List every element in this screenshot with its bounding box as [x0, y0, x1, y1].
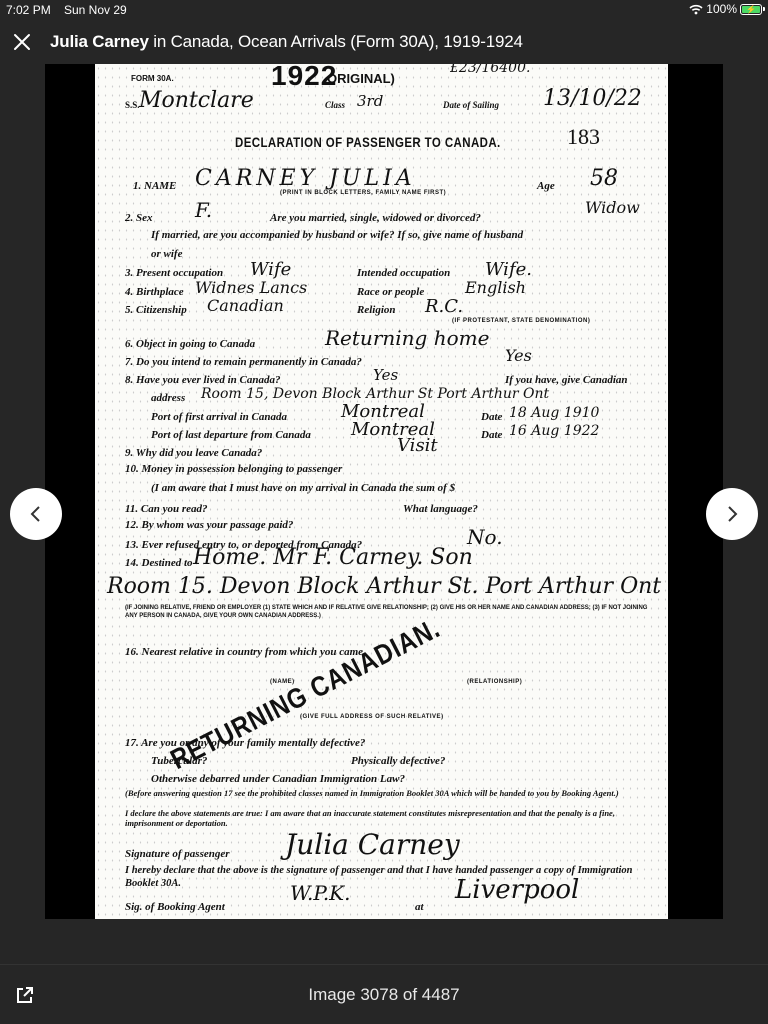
name-value: CARNEY JULIA [195, 166, 416, 191]
record-image-viewer[interactable]: FORM 30A. 1922 ORIGINAL) £23/16400. S.S.… [45, 64, 723, 919]
document-heading: DECLARATION OF PASSENGER TO CANADA. [235, 134, 501, 150]
destined-address: Room 15. Devon Block Arthur St. Port Art… [107, 574, 661, 599]
marital-value: Widow [585, 198, 640, 217]
ref-number: £23/16400. [450, 64, 530, 76]
next-image-button[interactable] [706, 488, 758, 540]
battery-percent: 100% [706, 2, 737, 16]
wifi-icon [689, 4, 703, 15]
returning-canadian-stamp: RETURNING CANADIAN. [165, 612, 445, 776]
intended-occupation-value: Wife. [485, 259, 532, 280]
remain-value: Yes [505, 346, 532, 365]
status-time: 7:02 PM [6, 3, 51, 17]
agent-signature: W.P.K. [290, 881, 350, 905]
title-collection: in Canada, Ocean Arrivals (Form 30A), 19… [149, 32, 523, 51]
destined-value: Home. Mr F. Carney. Son [193, 545, 473, 570]
religion-value: R.C. [425, 296, 463, 317]
lived-value: Yes [373, 366, 398, 384]
booking-location: Liverpool [455, 875, 579, 905]
occupation-value: Wife [250, 259, 291, 280]
header: Julia Carney in Canada, Ocean Arrivals (… [0, 20, 768, 64]
chevron-left-icon [29, 505, 43, 523]
chevron-right-icon [725, 505, 739, 523]
image-counter: Image 3078 of 4487 [0, 985, 768, 1005]
sex-value: F. [195, 198, 212, 222]
title-person-name: Julia Carney [50, 32, 149, 51]
footer-bar: Image 3078 of 4487 [0, 964, 768, 1024]
page-title: Julia Carney in Canada, Ocean Arrivals (… [50, 32, 523, 52]
status-date: Sun Nov 29 [64, 3, 127, 17]
canadian-address-value: Room 15, Devon Block Arthur St Port Arth… [201, 386, 549, 402]
ship-row: S.S. Montclare Class 3rd Date of Sailing… [125, 92, 654, 112]
record-document: FORM 30A. 1922 ORIGINAL) £23/16400. S.S.… [95, 64, 668, 919]
age-value: 58 [590, 166, 618, 191]
last-date-value: 16 Aug 1922 [509, 423, 599, 439]
race-value: English [465, 278, 526, 297]
previous-image-button[interactable] [10, 488, 62, 540]
first-date-value: 18 Aug 1910 [509, 405, 599, 421]
sailing-date: 13/10/22 [543, 86, 642, 111]
why-left-value: Visit [397, 435, 438, 456]
close-icon[interactable] [10, 30, 34, 54]
sheet-number: 183 [567, 124, 600, 150]
status-bar: 7:02 PM Sun Nov 29 100% ⚡ [0, 0, 768, 20]
battery-charging-icon: ⚡ [740, 4, 762, 15]
form-label: FORM 30A. [131, 74, 174, 83]
object-value: Returning home [325, 326, 489, 350]
class-value: 3rd [357, 92, 383, 110]
birthplace-value: Widnes Lancs [195, 278, 307, 297]
original-label: ORIGINAL) [327, 71, 395, 86]
ship-name: Montclare [139, 88, 254, 113]
citizenship-value: Canadian [207, 296, 284, 315]
passenger-signature: Julia Carney [285, 828, 460, 861]
